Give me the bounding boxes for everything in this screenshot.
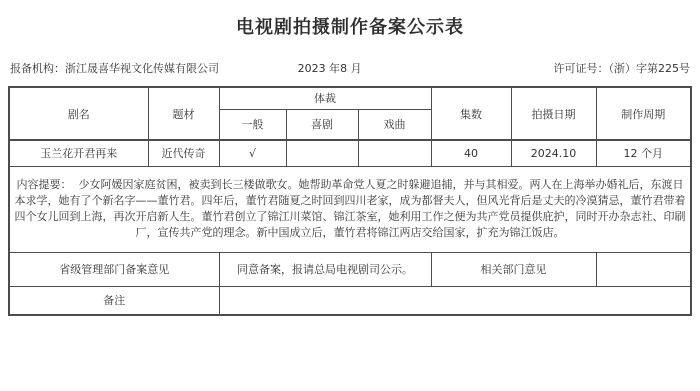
drama-data-row: 玉兰花开君再来 近代传奇 √ 40 2024.10 12 个月: [9, 140, 691, 166]
provincial-opinion-label: 省级管理部门备案意见: [9, 252, 219, 286]
header-row-top: 剧名 题材 体裁 集数 拍摄日期 制作周期: [9, 87, 691, 109]
provincial-opinion-value: 同意备案，报请总局电视剧司公示。: [219, 252, 431, 286]
header-subject: 题材: [148, 87, 219, 140]
header-genre-general: 一般: [219, 109, 286, 140]
cell-genre-general-check: √: [219, 140, 286, 166]
meta-row: 报备机构：浙江晟喜华视文化传媒有限公司 2023 年8 月 许可证号：（浙）字第…: [10, 60, 690, 75]
registration-table: 剧名 题材 体裁 集数 拍摄日期 制作周期 一般 喜剧 戏曲 玉兰花开君再来 近…: [8, 86, 692, 316]
remarks-value: [219, 286, 691, 315]
header-genre: 体裁: [219, 87, 431, 109]
page-title: 电视剧拍摄制作备案公示表: [0, 0, 700, 39]
synopsis-cell: 内容提要：少女阿媛因家庭贫困，被卖到长三楼做歌女。她帮助革命党人夏之时躲避追捕，…: [9, 166, 691, 252]
license-number: 许可证号：（浙）字第225号: [554, 60, 691, 76]
opinions-row: 省级管理部门备案意见 同意备案，报请总局电视剧司公示。 相关部门意见: [9, 252, 691, 286]
header-drama-name: 剧名: [9, 87, 148, 140]
license-number-label: 许可证号：: [554, 62, 609, 75]
cell-subject: 近代传奇: [148, 140, 219, 166]
header-genre-comedy: 喜剧: [286, 109, 358, 140]
cell-production-cycle: 12 个月: [596, 140, 691, 166]
report-month: 2023 年8 月: [298, 60, 362, 76]
header-production-cycle: 制作周期: [596, 87, 691, 140]
license-number-value: （浙）字第225号: [609, 62, 691, 75]
remarks-label: 备注: [9, 286, 219, 315]
cell-episodes: 40: [431, 140, 511, 166]
header-episodes: 集数: [431, 87, 511, 140]
cell-drama-name: 玉兰花开君再来: [9, 140, 148, 166]
remarks-row: 备注: [9, 286, 691, 315]
cell-shoot-date: 2024.10: [511, 140, 596, 166]
related-opinion-label: 相关部门意见: [431, 252, 596, 286]
synopsis-label: 内容提要：: [17, 178, 72, 191]
cell-genre-opera: [358, 140, 431, 166]
related-opinion-value: [596, 252, 691, 286]
cell-genre-comedy: [286, 140, 358, 166]
synopsis-row: 内容提要：少女阿媛因家庭贫困，被卖到长三楼做歌女。她帮助革命党人夏之时躲避追捕，…: [9, 166, 691, 252]
header-genre-opera: 戏曲: [358, 109, 431, 140]
reporting-agency-name: 浙江晟喜华视文化传媒有限公司: [65, 62, 219, 75]
document-page: 电视剧拍摄制作备案公示表 报备机构：浙江晟喜华视文化传媒有限公司 2023 年8…: [0, 0, 700, 391]
reporting-agency: 报备机构：浙江晟喜华视文化传媒有限公司: [10, 60, 219, 76]
synopsis-text: 少女阿媛因家庭贫困，被卖到长三楼做歌女。她帮助革命党人夏之时躲避追捕，并与其相爱…: [15, 178, 686, 239]
reporting-agency-label: 报备机构：: [10, 62, 65, 75]
header-shoot-date: 拍摄日期: [511, 87, 596, 140]
